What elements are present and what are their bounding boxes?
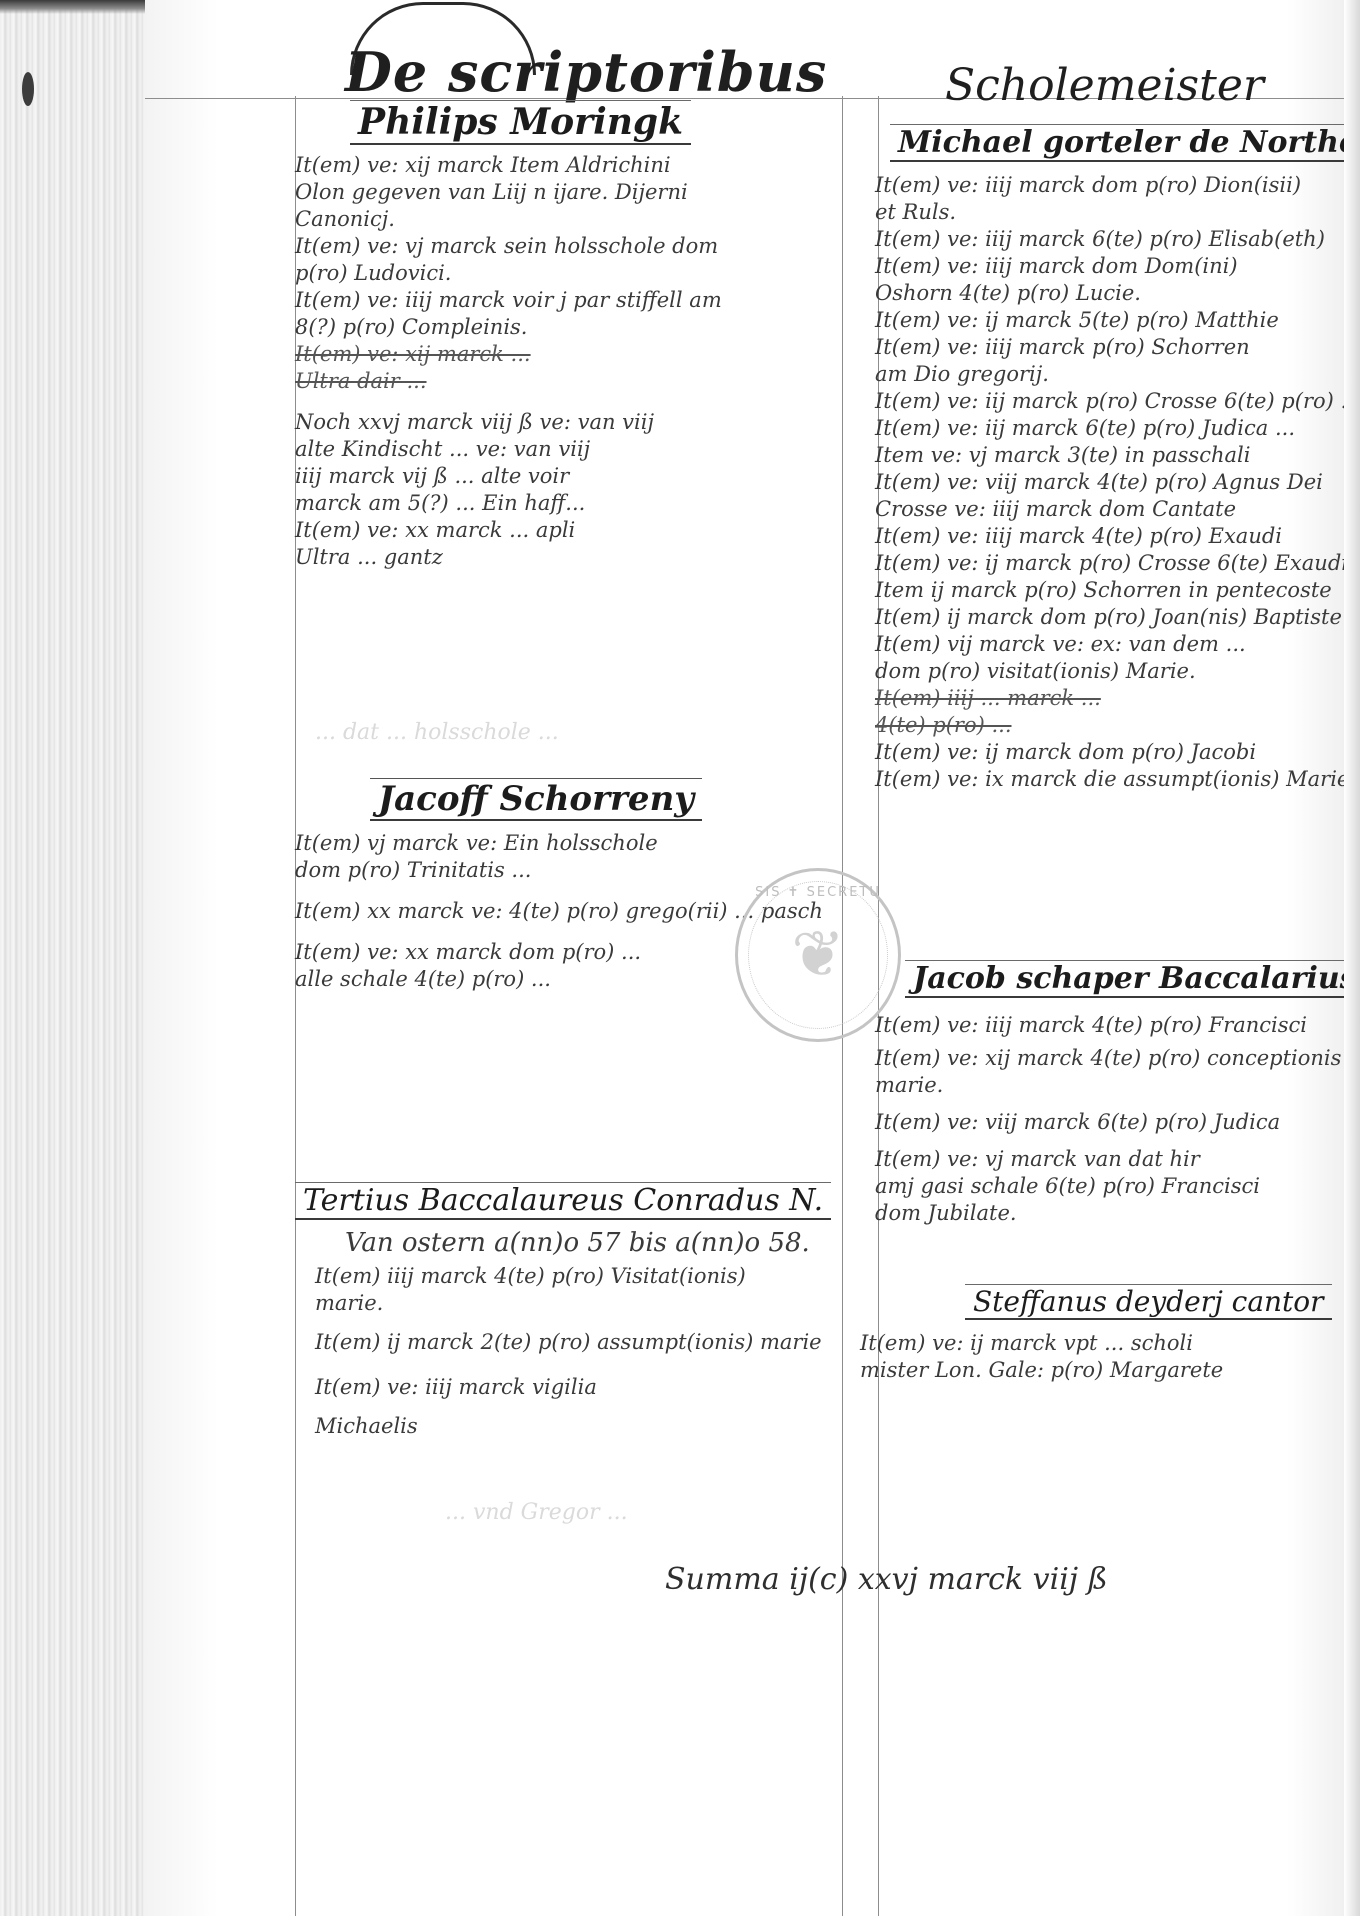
ledger-entry-struck: It(em) iiij ... marck ...: [875, 685, 1360, 712]
ledger-entry: It(em) ve: viij marck 6(te) p(ro) Judica: [875, 1109, 1341, 1136]
ledger-entry: It(em) ve: iiij marck 6(te) p(ro) Elisab…: [875, 226, 1360, 253]
ledger-entry: Canonicj.: [295, 206, 722, 233]
ledger-entry: It(em) ve: iiij marck p(ro) Schorren: [875, 334, 1360, 361]
ledger-entry: It(em) ve: iij marck 6(te) p(ro) Judica …: [875, 415, 1360, 442]
section-heading-jacob-schaper: Jacob schaper Baccalarius: [905, 960, 1360, 998]
ledger-entry: Item ve: vj marck 3(te) in passchali: [875, 442, 1360, 469]
ledger-entry: It(em) ve: ij marck dom p(ro) Jacobi: [875, 739, 1360, 766]
bleedthrough-text: ... vnd Gregor ...: [445, 1500, 628, 1525]
ledger-entry: Olon gegeven van Liij n ijare. Dijerni: [295, 179, 722, 206]
ledger-entry: marck am 5(?) ... Ein haff...: [295, 490, 722, 517]
page-edge-shadow: [1344, 0, 1360, 1916]
section-heading-michael-gorteler: Michael gorteler de Northolen: [890, 124, 1360, 162]
ledger-entry: It(em) ij marck dom p(ro) Joan(nis) Bapt…: [875, 604, 1360, 631]
entries-michael-gorteler: It(em) ve: iiij marck dom p(ro) Dion(isi…: [875, 172, 1360, 793]
ledger-entry: It(em) iiij marck 4(te) p(ro) Visitat(io…: [315, 1263, 822, 1290]
ledger-entry: It(em) ve: xij marck 4(te) p(ro) concept…: [875, 1045, 1341, 1072]
ledger-entry: It(em) ve: iiij marck voir j par stiffel…: [295, 287, 722, 314]
ledger-entry: It(em) ve: ij marck vpt ... scholi: [860, 1330, 1223, 1357]
ledger-entry: It(em) ve: iiij marck dom p(ro) Dion(isi…: [875, 172, 1360, 199]
ledger-entry: It(em) ve: xx marck ... apli: [295, 517, 722, 544]
page-title: De scriptoribus: [345, 40, 827, 104]
ledger-entry: It(em) ve: xij marck Item Aldrichini: [295, 152, 722, 179]
seal-inscription: SIS ✝ SECRETU: [738, 885, 898, 900]
section-heading-philips-moringk: Philips Moringk: [350, 100, 691, 145]
ledger-entry: It(em) ve: iiij marck vigilia: [315, 1374, 822, 1401]
ledger-entry: marie.: [875, 1072, 1341, 1099]
ledger-entry: alte Kindischt ... ve: van viij: [295, 436, 722, 463]
ledger-entry-struck: 4(te) p(ro) ...: [875, 712, 1360, 739]
ledger-entry: Oshorn 4(te) p(ro) Lucie.: [875, 280, 1360, 307]
ledger-entry: mister Lon. Gale: p(ro) Margarete: [860, 1357, 1223, 1384]
ledger-entry: Item ij marck p(ro) Schorren in pentecos…: [875, 577, 1360, 604]
section-heading-conrad-baccalaureus: Tertius Baccalaureus Conradus N.: [295, 1182, 831, 1220]
ledger-entry: dom Jubilate.: [875, 1200, 1341, 1227]
ledger-entry-struck: It(em) ve: xij marck ...: [295, 341, 722, 368]
ledger-entry: Noch xxvj marck viij ß ve: van viij: [295, 409, 722, 436]
entries-conrad-baccalaureus: Van ostern a(nn)o 57 bis a(nn)o 58. It(e…: [315, 1230, 822, 1440]
ledger-entry: It(em) vij marck ve: ex: van dem ...: [875, 631, 1360, 658]
ledger-entry: dom p(ro) visitat(ionis) Marie.: [875, 658, 1360, 685]
column-title: Scholemeister: [945, 60, 1264, 111]
ledger-entry: It(em) vj marck ve: Ein holsschole: [295, 830, 823, 857]
manuscript-page: De scriptoribus Scholemeister Philips Mo…: [145, 0, 1360, 1916]
bleedthrough-text: ... dat ... holsschole ...: [315, 720, 559, 745]
ledger-entry: Ultra ... gantz: [295, 544, 722, 571]
summary-total: Summa ij(c) xxvj marck viij ß: [665, 1562, 1108, 1597]
entries-philips-moringk: It(em) ve: xij marck Item Aldrichini Olo…: [295, 152, 722, 571]
ledger-entry: marie.: [315, 1290, 822, 1317]
section-heading-steffanus-deyderj: Steffanus deyderj cantor: [965, 1284, 1332, 1320]
ledger-entry: It(em) ve: vj marck sein holsschole dom: [295, 233, 722, 260]
ledger-entry: et Ruls.: [875, 199, 1360, 226]
ledger-entry: It(em) ve: vj marck van dat hir: [875, 1146, 1341, 1173]
book-page-edges: [0, 0, 147, 1916]
entries-jacob-schaper: It(em) ve: iiij marck 4(te) p(ro) Franci…: [875, 1012, 1341, 1227]
ledger-entry: It(em) ve: iiij marck dom Dom(ini): [875, 253, 1360, 280]
ledger-entry: am Dio gregorij.: [875, 361, 1360, 388]
ledger-entry: Van ostern a(nn)o 57 bis a(nn)o 58.: [345, 1230, 822, 1257]
seal-emblem-icon: ❦: [791, 918, 845, 992]
ledger-entry: Crosse ve: iiij marck dom Cantate: [875, 496, 1360, 523]
ledger-entry: It(em) ve: iij marck p(ro) Crosse 6(te) …: [875, 388, 1360, 415]
binding-hole: [22, 72, 34, 106]
ledger-entry: It(em) ve: ij marck p(ro) Crosse 6(te) E…: [875, 550, 1360, 577]
ledger-entry-struck: Ultra dair ...: [295, 368, 722, 395]
entries-steffanus-deyderj: It(em) ve: ij marck vpt ... scholi miste…: [860, 1330, 1223, 1384]
ledger-entry: iiij marck vij ß ... alte voir: [295, 463, 722, 490]
ledger-entry: It(em) ij marck 2(te) p(ro) assumpt(ioni…: [315, 1329, 822, 1356]
ledger-entry: It(em) ve: iiij marck 4(te) p(ro) Exaudi: [875, 523, 1360, 550]
ledger-entry: It(em) ve: iiij marck 4(te) p(ro) Franci…: [875, 1012, 1341, 1039]
ledger-entry: It(em) ve: ix marck die assumpt(ionis) M…: [875, 766, 1360, 793]
ledger-entry: It(em) ve: ij marck 5(te) p(ro) Matthie: [875, 307, 1360, 334]
ledger-entry: p(ro) Ludovici.: [295, 260, 722, 287]
ledger-entry: Michaelis: [315, 1413, 822, 1440]
ledger-entry: 8(?) p(ro) Compleinis.: [295, 314, 722, 341]
section-heading-jacoff-schorreny: Jacoff Schorreny: [370, 778, 702, 821]
ledger-entry: amj gasi schale 6(te) p(ro) Francisci: [875, 1173, 1341, 1200]
ledger-entry: It(em) ve: viij marck 4(te) p(ro) Agnus …: [875, 469, 1360, 496]
ledger-entry: dom p(ro) Trinitatis ...: [295, 857, 823, 884]
